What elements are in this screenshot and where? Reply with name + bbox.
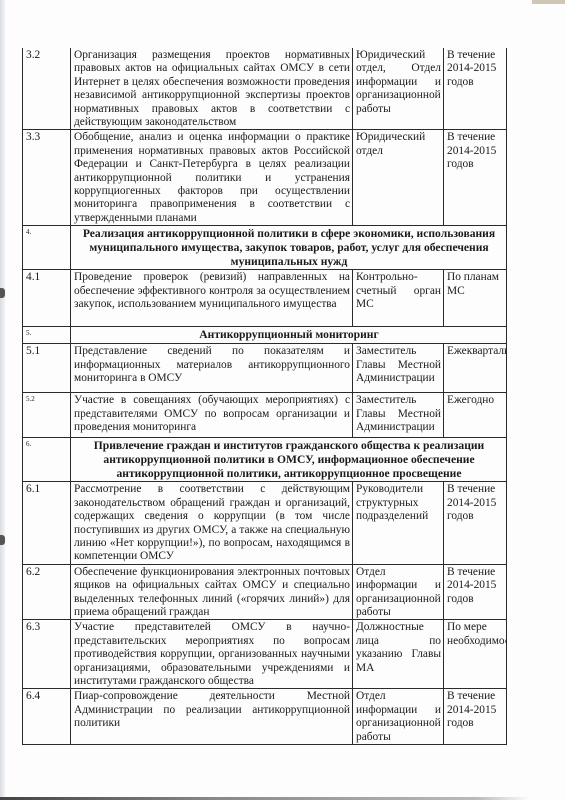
activity-cell: Представление сведений по показателям и … xyxy=(71,344,353,393)
table-row: 3.3Обобщение, анализ и оценка информации… xyxy=(23,130,507,226)
table-row: 4.1Проведение проверок (ревизий) направл… xyxy=(23,270,507,327)
scan-corner-artifact xyxy=(532,0,565,4)
responsible-cell: Юридический отдел xyxy=(353,130,444,226)
term-cell: В течение 2014-2015 годов xyxy=(444,48,507,130)
item-number: 6.1 xyxy=(23,482,71,564)
section-header-row: 6.Привлечение граждан и институтов гражд… xyxy=(23,438,507,482)
item-number: 4.1 xyxy=(23,270,71,327)
table-row: 5.1Представление сведений по показателям… xyxy=(23,344,507,393)
scan-hole-mark xyxy=(0,535,5,545)
term-cell: Ежеквартально xyxy=(444,344,507,393)
table-row: 6.3Участие представителей ОМСУ в научно-… xyxy=(23,620,507,689)
item-number: 5.2 xyxy=(23,393,71,438)
responsible-cell: Отдел информации и организационной работ… xyxy=(353,689,444,745)
term-cell: В течение 2014-2015 годов xyxy=(444,689,507,745)
responsible-cell: Контрольно-счетный орган МС xyxy=(353,270,444,327)
activity-cell: Участие представителей ОМСУ в научно-пре… xyxy=(71,620,353,689)
responsible-cell: Отдел информации и организационной работ… xyxy=(353,564,444,620)
section-title: Антикоррупционный мониторинг xyxy=(71,327,507,344)
term-cell: Ежегодно xyxy=(444,393,507,438)
section-title: Реализация антикоррупционной политики в … xyxy=(71,226,507,270)
activity-cell: Организация размещения проектов норматив… xyxy=(71,48,353,130)
responsible-cell: Должностные лица по указанию Главы МА xyxy=(353,620,444,689)
item-number: 5.1 xyxy=(23,344,71,393)
table-row: 3.2Организация размещения проектов норма… xyxy=(23,48,507,130)
section-header-row: 4.Реализация антикоррупционной политики … xyxy=(23,226,507,270)
term-cell: По мере необходимости xyxy=(444,620,507,689)
scan-edge-shadow xyxy=(0,0,6,800)
table-row: 5.2Участие в совещаниях (обучающих мероп… xyxy=(23,393,507,438)
term-cell: В течение 2014-2015 годов xyxy=(444,130,507,226)
plan-table-body: 3.2Организация размещения проектов норма… xyxy=(23,48,507,745)
term-cell: В течение 2014-2015 годов xyxy=(444,564,507,620)
activity-cell: Рассмотрение в соответствии с действующи… xyxy=(71,482,353,564)
item-number: 6.2 xyxy=(23,564,71,620)
section-title: Привлечение граждан и институтов граждан… xyxy=(71,438,507,482)
section-number: 6. xyxy=(23,438,71,482)
section-number: 5. xyxy=(23,327,71,344)
responsible-cell: Руководители структурных подразделений xyxy=(353,482,444,564)
activity-cell: Участие в совещаниях (обучающих мероприя… xyxy=(71,393,353,438)
activity-cell: Пиар-сопровождение деятельности Местной … xyxy=(71,689,353,745)
term-cell: По планам МС xyxy=(444,270,507,327)
activity-cell: Проведение проверок (ревизий) направленн… xyxy=(71,270,353,327)
table-row: 6.2Обеспечение функционирования электрон… xyxy=(23,564,507,620)
section-number: 4. xyxy=(23,226,71,270)
responsible-cell: Заместитель Главы Местной Администрации xyxy=(353,393,444,438)
scan-hole-mark xyxy=(0,288,5,298)
anticorruption-plan-table: 3.2Организация размещения проектов норма… xyxy=(22,48,507,745)
activity-cell: Обобщение, анализ и оценка информации о … xyxy=(71,130,353,226)
table-row: 6.1Рассмотрение в соответствии с действу… xyxy=(23,482,507,564)
responsible-cell: Заместитель Главы Местной Администрации xyxy=(353,344,444,393)
table-row: 6.4Пиар-сопровождение деятельности Местн… xyxy=(23,689,507,745)
item-number: 3.3 xyxy=(23,130,71,226)
item-number: 6.4 xyxy=(23,689,71,745)
term-cell: В течение 2014-2015 годов xyxy=(444,482,507,564)
section-header-row: 5.Антикоррупционный мониторинг xyxy=(23,327,507,344)
item-number: 3.2 xyxy=(23,48,71,130)
responsible-cell: Юридический отдел, Отдел информации и ор… xyxy=(353,48,444,130)
item-number: 6.3 xyxy=(23,620,71,689)
activity-cell: Обеспечение функционирования электронных… xyxy=(71,564,353,620)
